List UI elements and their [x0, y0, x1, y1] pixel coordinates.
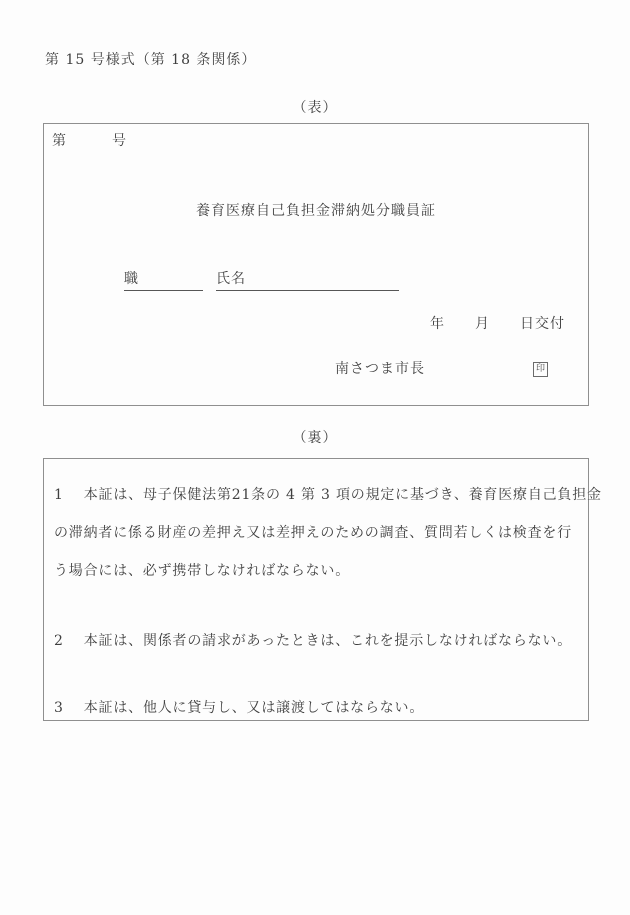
back-rule-2-line-1: 2 本証は、関係者の請求があったときは、これを提示しなければならない。	[54, 622, 588, 660]
seal-mark: 印	[533, 362, 548, 377]
document-page: 第 15 号様式（第 18 条関係） （表） 第 号 養育医療自己負担金滞納処分…	[0, 0, 630, 915]
name-field: 氏名	[216, 270, 399, 291]
certificate-front-box: 第 号 養育医療自己負担金滞納処分職員証 職氏名 年 月 日交付 南さつま市長 …	[43, 123, 589, 406]
back-rule-3: 3 本証は、他人に貸与し、又は譲渡してはならない。	[54, 689, 588, 727]
issuer-line: 南さつま市長 印	[44, 360, 588, 382]
certificate-number-line: 第 号	[52, 131, 127, 151]
position-field: 職	[124, 270, 203, 291]
front-side-label: （表）	[0, 98, 630, 118]
position-label: 職	[124, 271, 139, 287]
back-rule-1-line-2: の滞納者に係る財産の差押え又は差押えのための調査、質問若しくは検査を行	[54, 514, 588, 552]
position-name-line: 職氏名	[124, 270, 399, 291]
back-rule-1-line-3: う場合には、必ず携帯しなければならない。	[54, 552, 588, 590]
certificate-back-box: 1 本証は、母子保健法第21条の 4 第 3 項の規定に基づき、養育医療自己負担…	[43, 458, 589, 721]
back-rule-2: 2 本証は、関係者の請求があったときは、これを提示しなければならない。	[54, 622, 588, 660]
issuer-name: 南さつま市長	[335, 360, 425, 378]
name-label: 氏名	[216, 271, 246, 287]
certificate-title: 養育医療自己負担金滞納処分職員証	[44, 201, 588, 221]
form-number-heading: 第 15 号様式（第 18 条関係）	[45, 50, 256, 70]
issue-date-line: 年 月 日交付	[430, 314, 565, 335]
back-rule-1: 1 本証は、母子保健法第21条の 4 第 3 項の規定に基づき、養育医療自己負担…	[54, 476, 588, 590]
back-rule-3-line-1: 3 本証は、他人に貸与し、又は譲渡してはならない。	[54, 689, 588, 727]
back-rule-1-line-1: 1 本証は、母子保健法第21条の 4 第 3 項の規定に基づき、養育医療自己負担…	[54, 476, 588, 514]
back-side-label: （裏）	[0, 428, 630, 448]
